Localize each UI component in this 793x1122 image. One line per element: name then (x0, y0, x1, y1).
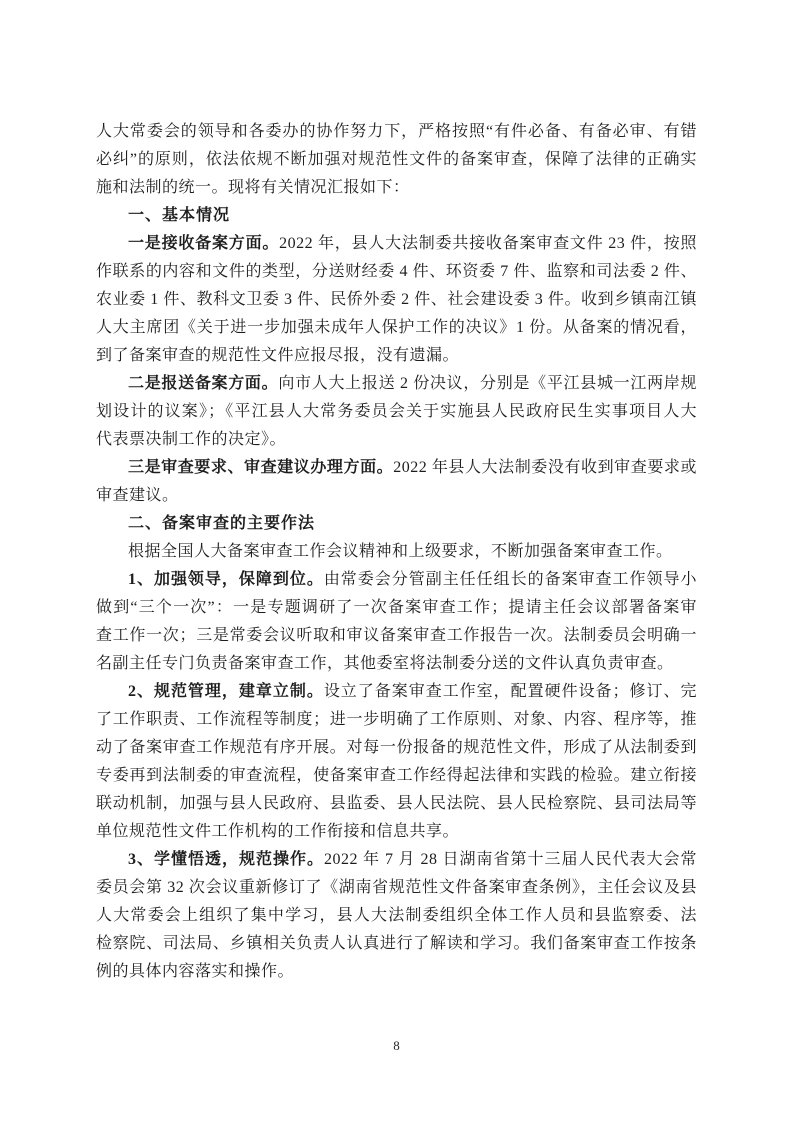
line-segment: 作联系的内容和文件的类型，分送财经委 4 件、环资委 7 件、监察和司法委 2 … (96, 263, 697, 280)
text-line: 联动机制，加强与县人民政府、县监委、县人民法院、县人民检察院、县司法局等 (96, 790, 697, 818)
line-segment: 人大常委会的领导和各委办的协作努力下，严格按照“有件必备、有备必审、有错 (96, 123, 697, 140)
text-line: 人大常委会的领导和各委办的协作努力下，严格按照“有件必备、有备必审、有错 (96, 118, 697, 146)
line-segment: 名副主任专门负责备案审查工作，其他委室将法制委分送的文件认真负责审查。 (96, 655, 674, 672)
line-segment: 做到“三个一次”：一是专题调研了一次备案审查工作；提请主任会议部署备案审 (96, 599, 697, 616)
page-number: 8 (0, 1037, 793, 1055)
section-heading: 二、备案审查的主要作法 (96, 510, 697, 538)
line-segment: 向市人大上报送 2 份决议，分别是《平江县城一江两岸规 (278, 375, 697, 392)
text-line: 三是审查要求、审查建议办理方面。2022 年县人大法制委没有收到审查要求或 (96, 454, 697, 482)
text-line: 了工作职责、工作流程等制度；进一步明确了工作原则、对象、内容、程序等，推 (96, 706, 697, 734)
text-line: 人大常委会上组织了集中学习，县人大法制委组织全体工作人员和县监察委、法院、 (96, 902, 697, 930)
text-line: 例的具体内容落实和操作。 (96, 958, 697, 986)
text-line: 一是接收备案方面。2022 年，县人大法制委共接收备案审查文件 23 件，按照工 (96, 230, 697, 258)
bold-lead: 3、学懂悟透，规范操作。 (128, 851, 324, 868)
line-segment: 施和法制的统一。现将有关情况汇报如下： (96, 179, 410, 196)
text-line: 查工作一次；三是常委会议听取和审议备案审查工作报告一次。法制委员会明确一 (96, 622, 697, 650)
line-segment: 必纠”的原则，依法依规不断加强对规范性文件的备案审查，保障了法律的正确实 (96, 151, 697, 168)
section-heading: 一、基本情况 (96, 202, 697, 230)
text-line: 根据全国人大备案审查工作会议精神和上级要求，不断加强备案审查工作。 (96, 538, 697, 566)
line-segment: 了工作职责、工作流程等制度；进一步明确了工作原则、对象、内容、程序等，推 (96, 711, 697, 728)
line-segment: 单位规范性文件工作机构的工作衔接和信息共享。 (96, 823, 459, 840)
line-segment: 划设计的议案》；《平江县人大常务委员会关于实施县人民政府民生实事项目人大 (96, 403, 697, 420)
line-segment: 动了备案审查工作规范有序开展。对每一份报备的规范性文件，形成了从法制委到 (96, 739, 697, 756)
line-segment: 联动机制，加强与县人民政府、县监委、县人民法院、县人民检察院、县司法局等 (96, 795, 697, 812)
bold-lead: 1、加强领导，保障到位。 (128, 571, 324, 588)
line-segment: 根据全国人大备案审查工作会议精神和上级要求，不断加强备案审查工作。 (128, 543, 673, 560)
text-line: 作联系的内容和文件的类型，分送财经委 4 件、环资委 7 件、监察和司法委 2 … (96, 258, 697, 286)
line-segment: 例的具体内容落实和操作。 (96, 963, 294, 980)
line-segment: 专委再到法制委的审查流程，使备案审查工作经得起法律和实践的检验。建立衔接 (96, 767, 697, 784)
text-line: 农业委 1 件、教科文卫委 3 件、民侨外委 2 件、社会建设委 3 件。收到乡… (96, 286, 697, 314)
bold-lead: 三是审查要求、审查建议办理方面。 (128, 459, 393, 476)
text-line: 2、规范管理，建章立制。设立了备案审查工作室，配置硬件设备；修订、完善 (96, 678, 697, 706)
text-line: 二是报送备案方面。向市人大上报送 2 份决议，分别是《平江县城一江两岸规 (96, 370, 697, 398)
document-body: 人大常委会的领导和各委办的协作努力下，严格按照“有件必备、有备必审、有错 必纠”… (96, 118, 697, 986)
text-line: 人大主席团《关于进一步加强未成年人保护工作的决议》1 份。从备案的情况看，做 (96, 314, 697, 342)
text-line: 划设计的议案》；《平江县人大常务委员会关于实施县人民政府民生实事项目人大 (96, 398, 697, 426)
line-segment: 人大主席团《关于进一步加强未成年人保护工作的决议》1 份。从备案的情况看，做 (96, 319, 697, 342)
line-segment: 代表票决制工作的决定》。 (96, 431, 286, 448)
line-segment: 农业委 1 件、教科文卫委 3 件、民侨外委 2 件、社会建设委 3 件。收到乡… (96, 291, 697, 308)
line-segment: 查工作一次；三是常委会议听取和审议备案审查工作报告一次。法制委员会明确一 (96, 627, 697, 644)
text-line: 委员会第 32 次会议重新修订了《湖南省规范性文件备案审查条例》，主任会议及县 (96, 874, 697, 902)
line-segment: 到了备案审查的规范性文件应报尽报，没有遗漏。 (96, 347, 459, 364)
text-line: 单位规范性文件工作机构的工作衔接和信息共享。 (96, 818, 697, 846)
heading-text: 二、备案审查的主要作法 (128, 515, 315, 532)
line-segment: 委员会第 32 次会议重新修订了《湖南省规范性文件备案审查条例》，主任会议及县 (96, 879, 697, 896)
text-line: 3、学懂悟透，规范操作。2022 年 7 月 28 日湖南省第十三届人民代表大会… (96, 846, 697, 874)
text-line: 做到“三个一次”：一是专题调研了一次备案审查工作；提请主任会议部署备案审 (96, 594, 697, 622)
line-segment: 2022 年县人大法制委没有收到审查要求或 (393, 459, 697, 476)
text-line: 名副主任专门负责备案审查工作，其他委室将法制委分送的文件认真负责审查。 (96, 650, 697, 678)
text-line: 代表票决制工作的决定》。 (96, 426, 697, 454)
text-line: 到了备案审查的规范性文件应报尽报，没有遗漏。 (96, 342, 697, 370)
line-segment: 审查建议。 (96, 487, 179, 504)
text-line: 施和法制的统一。现将有关情况汇报如下： (96, 174, 697, 202)
text-line: 检察院、司法局、乡镇相关负责人认真进行了解读和学习。我们备案审查工作按条 (96, 930, 697, 958)
text-line: 专委再到法制委的审查流程，使备案审查工作经得起法律和实践的检验。建立衔接 (96, 762, 697, 790)
text-line: 必纠”的原则，依法依规不断加强对规范性文件的备案审查，保障了法律的正确实 (96, 146, 697, 174)
bold-lead: 二是报送备案方面。 (128, 375, 278, 392)
bold-lead: 一是接收备案方面。 (128, 235, 279, 252)
bold-lead: 2、规范管理，建章立制。 (128, 683, 324, 700)
document-page: 人大常委会的领导和各委办的协作努力下，严格按照“有件必备、有备必审、有错 必纠”… (0, 0, 793, 1122)
text-line: 动了备案审查工作规范有序开展。对每一份报备的规范性文件，形成了从法制委到 (96, 734, 697, 762)
text-line: 审查建议。 (96, 482, 697, 510)
line-segment: 检察院、司法局、乡镇相关负责人认真进行了解读和学习。我们备案审查工作按条 (96, 935, 697, 952)
text-line: 1、加强领导，保障到位。由常委会分管副主任任组长的备案审查工作领导小组 (96, 566, 697, 594)
line-segment: 人大常委会上组织了集中学习，县人大法制委组织全体工作人员和县监察委、法院、 (96, 907, 697, 930)
heading-text: 一、基本情况 (128, 207, 230, 224)
